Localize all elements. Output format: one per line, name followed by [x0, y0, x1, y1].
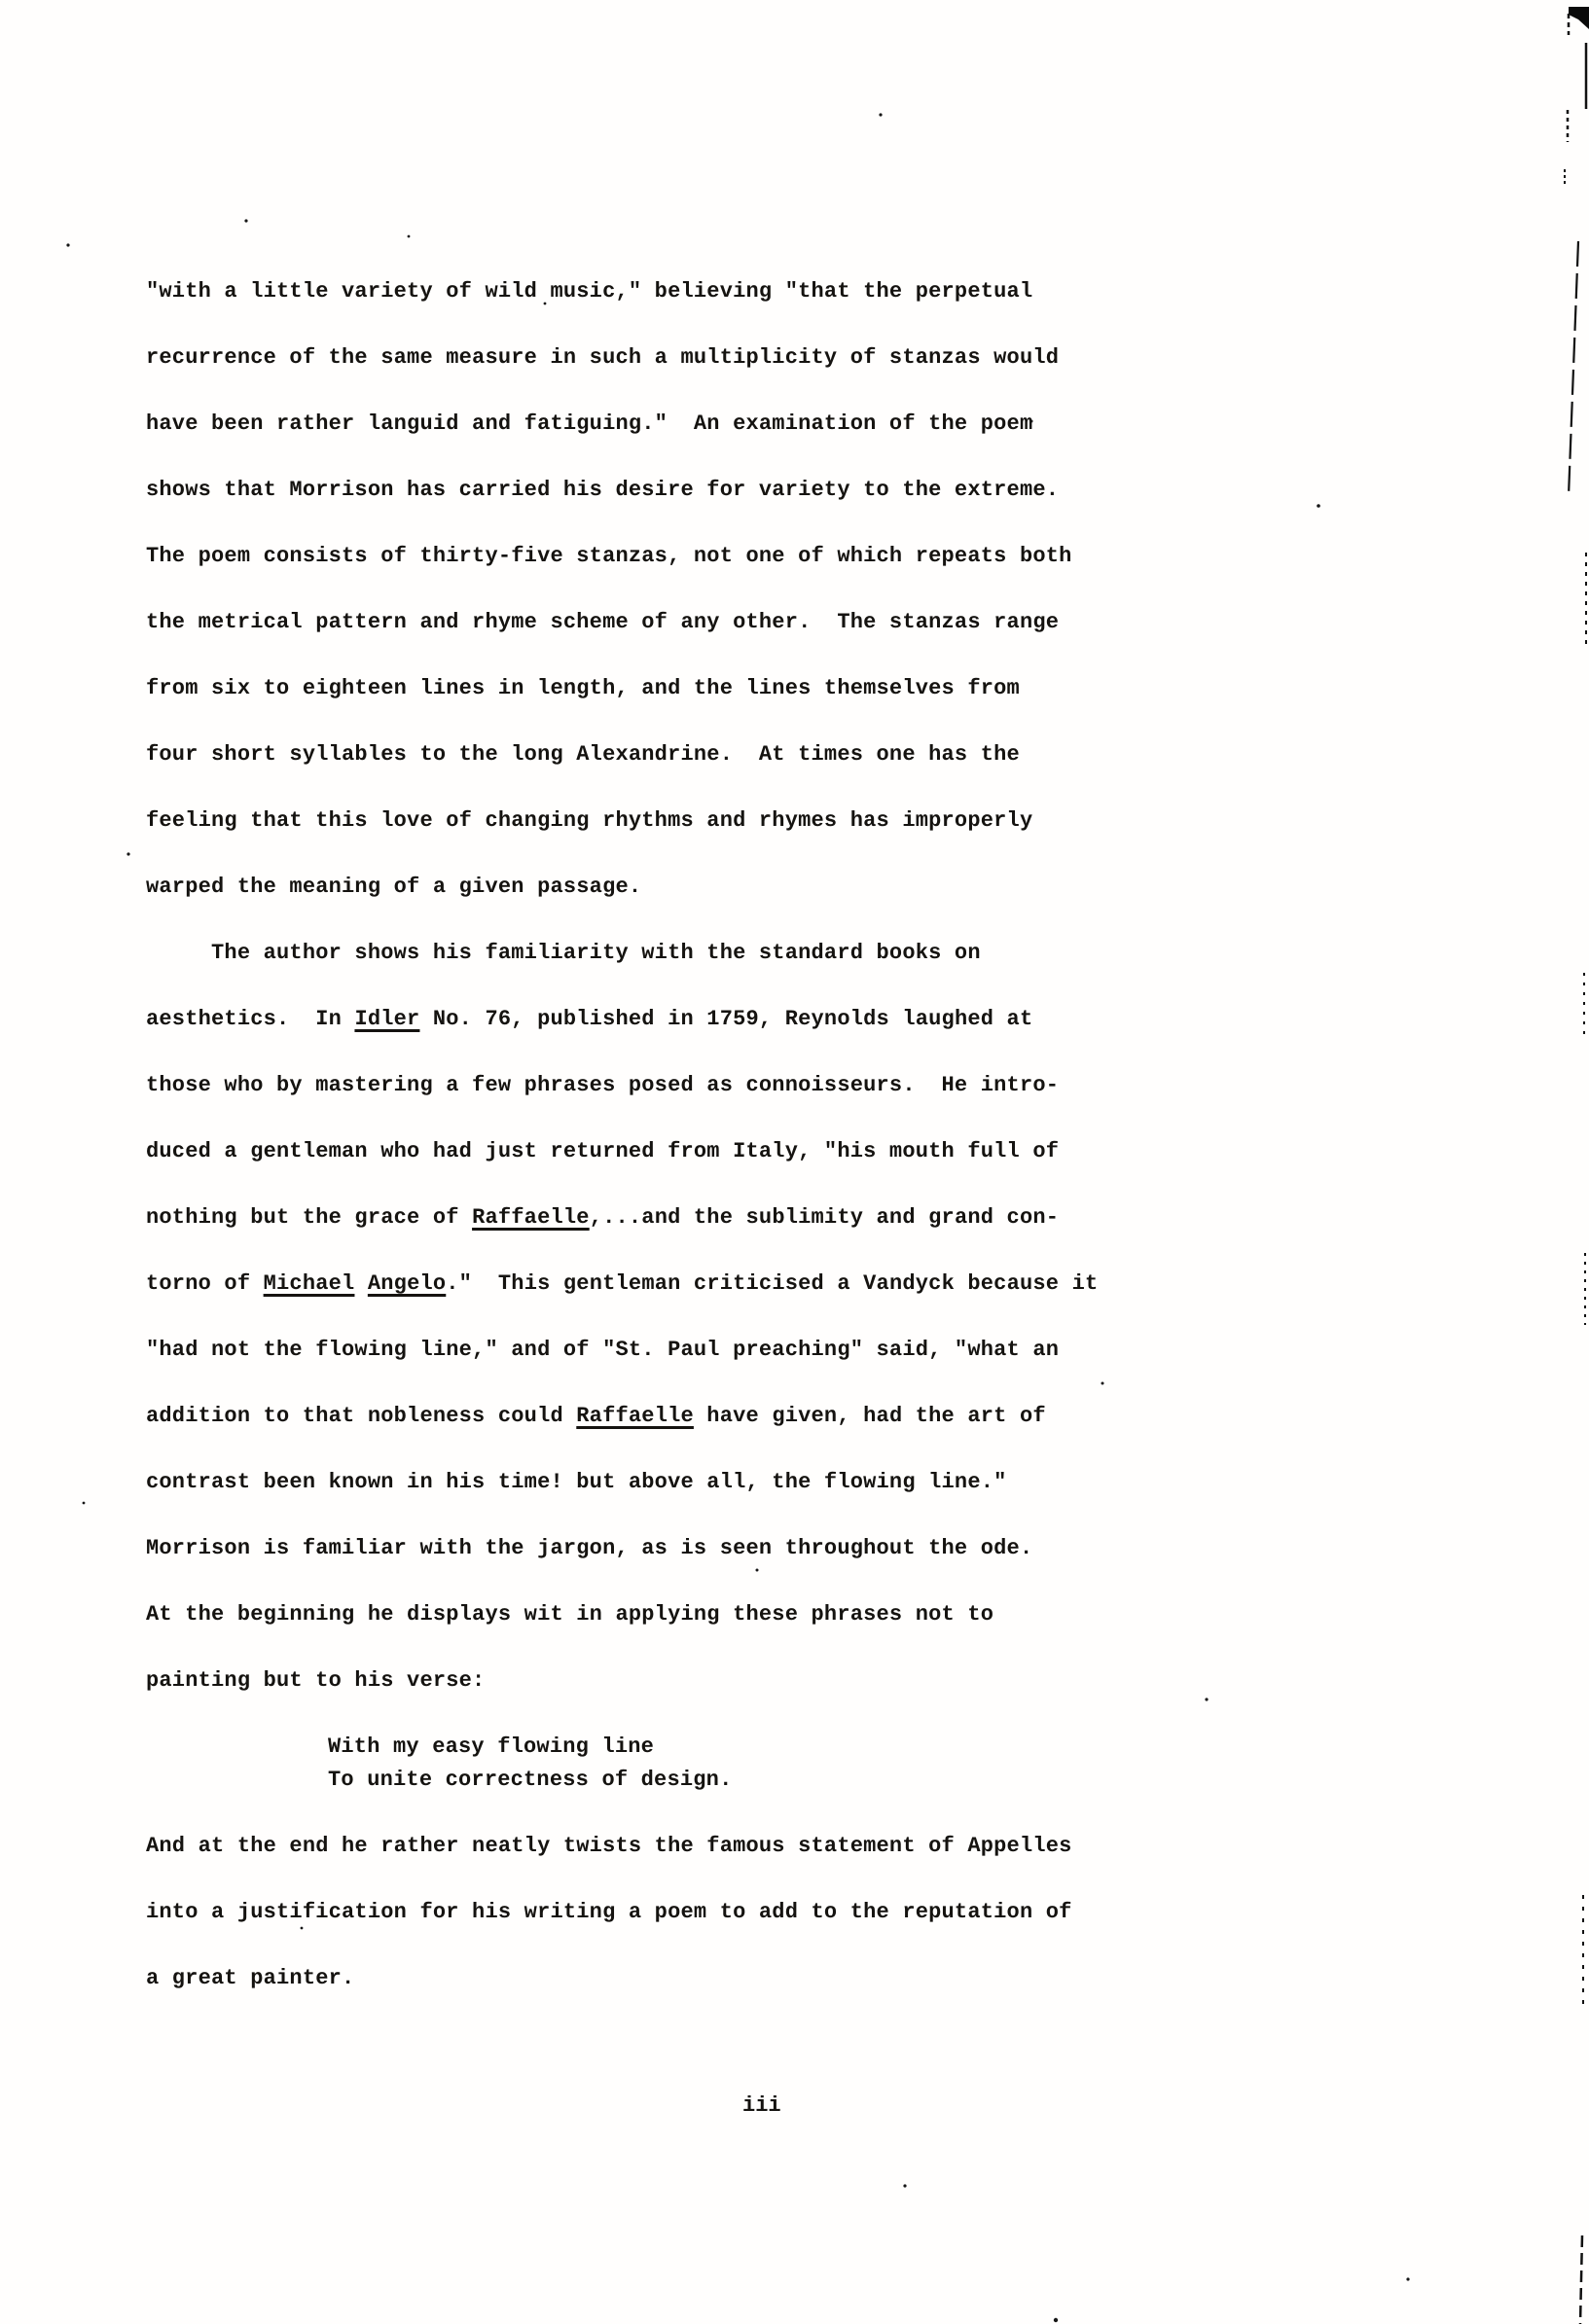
- text-segment: those who by mastering a few phrases pos…: [146, 1073, 1059, 1097]
- typed-line: addition to that nobleness could Raffael…: [146, 1404, 1046, 1429]
- typed-line: "had not the flowing line," and of "St. …: [146, 1338, 1059, 1363]
- text-segment: And at the end he rather neatly twists t…: [146, 1834, 1072, 1858]
- typed-line: contrast been known in his time! but abo…: [146, 1470, 1007, 1495]
- text-segment: The author shows his familiarity with th…: [146, 941, 981, 965]
- typed-line: The poem consists of thirty-five stanzas…: [146, 544, 1072, 569]
- text-segment: No. 76, published in 1759, Reynolds laug…: [419, 1007, 1032, 1031]
- typed-line: shows that Morrison has carried his desi…: [146, 478, 1059, 503]
- text-segment: shows that Morrison has carried his desi…: [146, 478, 1059, 502]
- text-segment: ." This gentleman criticised a Vandyck b…: [446, 1271, 1098, 1296]
- underlined-text: Raffaelle: [472, 1205, 590, 1230]
- text-segment: aesthetics. In: [146, 1007, 354, 1031]
- typed-line: the metrical pattern and rhyme scheme of…: [146, 610, 1059, 635]
- typed-line: torno of Michael Angelo." This gentleman…: [146, 1271, 1098, 1297]
- text-segment: have been rather languid and fatiguing."…: [146, 411, 1032, 436]
- text-segment: contrast been known in his time! but abo…: [146, 1470, 1007, 1494]
- text-segment: from six to eighteen lines in length, an…: [146, 676, 1020, 700]
- typed-line: The author shows his familiarity with th…: [146, 941, 981, 966]
- text-segment: nothing but the grace of: [146, 1205, 472, 1230]
- text-segment: warped the meaning of a given passage.: [146, 875, 641, 899]
- text-segment: "had not the flowing line," and of "St. …: [146, 1338, 1059, 1362]
- text-segment: ,...and the sublimity and grand con-: [590, 1205, 1059, 1230]
- typed-line: recurrence of the same measure in such a…: [146, 345, 1059, 371]
- typed-line: warped the meaning of a given passage.: [146, 875, 641, 900]
- text-segment: At the beginning he displays wit in appl…: [146, 1602, 993, 1627]
- text-segment: painting but to his verse:: [146, 1668, 485, 1693]
- typed-line: And at the end he rather neatly twists t…: [146, 1834, 1072, 1859]
- text-segment: To unite correctness of design.: [328, 1768, 732, 1792]
- typed-line: Morrison is familiar with the jargon, as…: [146, 1536, 1032, 1561]
- typed-line: At the beginning he displays wit in appl…: [146, 1602, 993, 1627]
- typed-line: into a justification for his writing a p…: [146, 1900, 1072, 1925]
- verse-line: To unite correctness of design.: [328, 1768, 732, 1793]
- typed-line: four short syllables to the long Alexand…: [146, 742, 1020, 768]
- typed-line: aesthetics. In Idler No. 76, published i…: [146, 1007, 1032, 1032]
- text-segment: With my easy flowing line: [328, 1734, 654, 1759]
- typed-line: "with a little variety of wild music," b…: [146, 279, 1032, 304]
- text-segment: addition to that nobleness could: [146, 1404, 576, 1428]
- page-number: iii: [742, 2093, 781, 2119]
- text-segment: four short syllables to the long Alexand…: [146, 742, 1020, 767]
- typed-line: painting but to his verse:: [146, 1668, 485, 1694]
- text-segment: into a justification for his writing a p…: [146, 1900, 1072, 1924]
- text-segment: torno of: [146, 1271, 264, 1296]
- underlined-text: Idler: [354, 1007, 419, 1031]
- text-segment: feeling that this love of changing rhyth…: [146, 808, 1032, 833]
- text-segment: The poem consists of thirty-five stanzas…: [146, 544, 1072, 568]
- text-segment: "with a little variety of wild music," b…: [146, 279, 1032, 304]
- typed-line: those who by mastering a few phrases pos…: [146, 1073, 1059, 1098]
- text-segment: recurrence of the same measure in such a…: [146, 345, 1059, 370]
- typed-line: a great painter.: [146, 1966, 354, 1991]
- text-segment: [354, 1271, 367, 1296]
- typed-line: duced a gentleman who had just returned …: [146, 1139, 1059, 1164]
- text-segment: duced a gentleman who had just returned …: [146, 1139, 1059, 1163]
- text-segment: have given, had the art of: [694, 1404, 1046, 1428]
- text-segment: a great painter.: [146, 1966, 354, 1990]
- typed-line: nothing but the grace of Raffaelle,...an…: [146, 1205, 1059, 1231]
- typed-line: have been rather languid and fatiguing."…: [146, 411, 1032, 437]
- verse-line: With my easy flowing line: [328, 1734, 654, 1760]
- underlined-text: Michael: [264, 1271, 355, 1296]
- text-segment: Morrison is familiar with the jargon, as…: [146, 1536, 1032, 1560]
- typed-line: from six to eighteen lines in length, an…: [146, 676, 1020, 701]
- underlined-text: Angelo: [368, 1271, 446, 1296]
- underlined-text: Raffaelle: [576, 1404, 694, 1428]
- corner-mark: [1569, 7, 1589, 29]
- typewritten-page: "with a little variety of wild music," b…: [0, 0, 1589, 2324]
- typed-line: feeling that this love of changing rhyth…: [146, 808, 1032, 834]
- text-segment: the metrical pattern and rhyme scheme of…: [146, 610, 1059, 634]
